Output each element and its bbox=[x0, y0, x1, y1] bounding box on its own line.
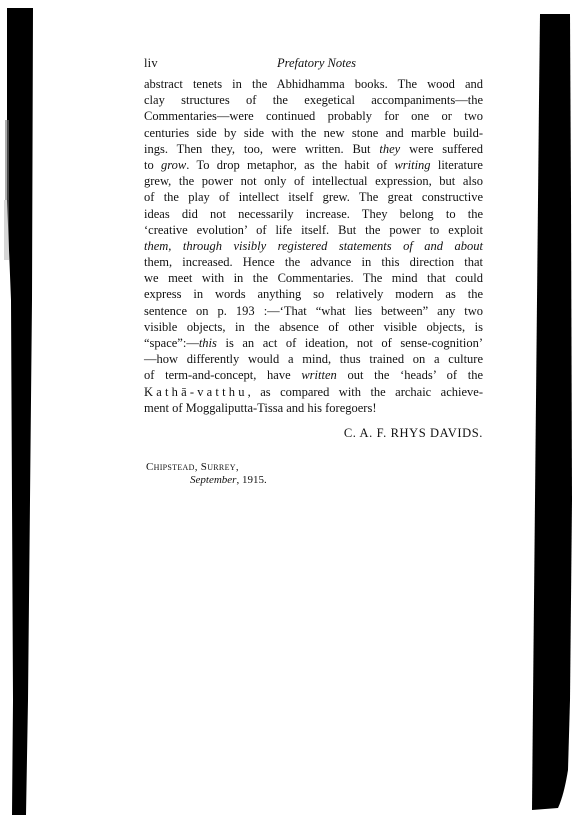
italic-text: written bbox=[301, 368, 336, 382]
text-segment: we meet with in the Commentaries. The mi… bbox=[144, 271, 483, 285]
text-segment: them, increased. Hence the advance in th… bbox=[144, 255, 483, 269]
running-head: liv Prefatory Notes bbox=[144, 52, 483, 74]
text-line: clay structures of the exegetical accomp… bbox=[144, 92, 483, 108]
text-line: —how differently would a mind, thus trai… bbox=[144, 351, 483, 367]
italic-text: them, through visibly registered stateme… bbox=[144, 239, 483, 253]
text-segment: abstract tenets in the Abhidhamma books.… bbox=[144, 77, 483, 91]
running-title: Prefatory Notes bbox=[144, 56, 483, 71]
text-segment: ‘creative evolution’ of life itself. But… bbox=[144, 223, 483, 237]
author-signature: C. A. F. RHYS DAVIDS. bbox=[144, 426, 483, 441]
text-segment: grew, the power not only of intellectual… bbox=[144, 174, 483, 188]
italic-text: this bbox=[199, 336, 217, 350]
text-line: of the play of intellect itself grew. Th… bbox=[144, 189, 483, 205]
text-line: ment of Moggaliputta-Tissa and his foreg… bbox=[144, 400, 483, 416]
place-line: Chipstead, Surrey, bbox=[146, 461, 483, 473]
text-line: Commentaries—were continued probably for… bbox=[144, 108, 483, 124]
text-segment: . To drop metaphor, as the habit of bbox=[186, 158, 394, 172]
text-segment: sentence on p. 193 :—‘That “what lies be… bbox=[144, 304, 483, 318]
text-segment: clay structures of the exegetical accomp… bbox=[144, 93, 483, 107]
text-line: ideas did not necessarily increase. They… bbox=[144, 206, 483, 222]
text-line: ings. Then they, too, were written. But … bbox=[144, 141, 483, 157]
text-segment: to bbox=[144, 158, 161, 172]
text-segment: ideas did not necessarily increase. They… bbox=[144, 207, 483, 221]
italic-text: grow bbox=[161, 158, 186, 172]
text-segment: of the play of intellect itself grew. Th… bbox=[144, 190, 483, 204]
text-segment: visible objects, in the absence of other… bbox=[144, 320, 483, 334]
text-line: them, through visibly registered stateme… bbox=[144, 238, 483, 254]
text-line: sentence on p. 193 :—‘That “what lies be… bbox=[144, 303, 483, 319]
date-line: September, 1915. bbox=[190, 474, 483, 486]
scan-edge-left bbox=[0, 0, 40, 822]
text-line: express in words anything so relatively … bbox=[144, 286, 483, 302]
text-segment: literature bbox=[431, 158, 483, 172]
text-segment: Commentaries—were continued probably for… bbox=[144, 109, 483, 123]
text-segment: ment of Moggaliputta-Tissa and his foreg… bbox=[144, 401, 377, 415]
text-line: of term-and-concept, have written out th… bbox=[144, 367, 483, 383]
text-segment: express in words anything so relatively … bbox=[144, 287, 483, 301]
text-line: abstract tenets in the Abhidhamma books.… bbox=[144, 76, 483, 92]
body-paragraph: abstract tenets in the Abhidhamma books.… bbox=[144, 76, 483, 416]
italic-text: writing bbox=[394, 158, 430, 172]
text-segment: of term-and-concept, have bbox=[144, 368, 301, 382]
text-line: centuries side by side with the new ston… bbox=[144, 125, 483, 141]
text-segment: out the ‘heads’ of the bbox=[337, 368, 483, 382]
text-segment: “space”:— bbox=[144, 336, 199, 350]
text-line: “space”:—this is an act of ideation, not… bbox=[144, 335, 483, 351]
text-segment: —how differently would a mind, thus trai… bbox=[144, 352, 483, 366]
italic-text: they bbox=[379, 142, 400, 156]
text-line: grew, the power not only of intellectual… bbox=[144, 173, 483, 189]
scan-edge-right bbox=[520, 0, 577, 822]
text-segment: ings. Then they, too, were written. But bbox=[144, 142, 379, 156]
book-page: liv Prefatory Notes abstract tenets in t… bbox=[144, 52, 483, 486]
text-segment: centuries side by side with the new ston… bbox=[144, 126, 483, 140]
text-segment: , as compared with the archaic achieve- bbox=[248, 385, 483, 399]
scan-shadow-left-icon bbox=[0, 0, 40, 822]
text-segment: were suffered bbox=[400, 142, 483, 156]
text-segment: is an act of ideation, not of sense-cogn… bbox=[217, 336, 483, 350]
text-line: visible objects, in the absence of other… bbox=[144, 319, 483, 335]
text-line: to grow. To drop metaphor, as the habit … bbox=[144, 157, 483, 173]
text-line: them, increased. Hence the advance in th… bbox=[144, 254, 483, 270]
date-year: , 1915. bbox=[236, 474, 266, 486]
date-month: September bbox=[190, 474, 236, 486]
text-line: we meet with in the Commentaries. The mi… bbox=[144, 270, 483, 286]
scan-shadow-right-icon bbox=[520, 0, 577, 822]
spaced-text: Kathā-vatthu bbox=[144, 385, 248, 399]
text-line: ‘creative evolution’ of life itself. But… bbox=[144, 222, 483, 238]
text-line: Kathā-vatthu, as compared with the archa… bbox=[144, 384, 483, 400]
